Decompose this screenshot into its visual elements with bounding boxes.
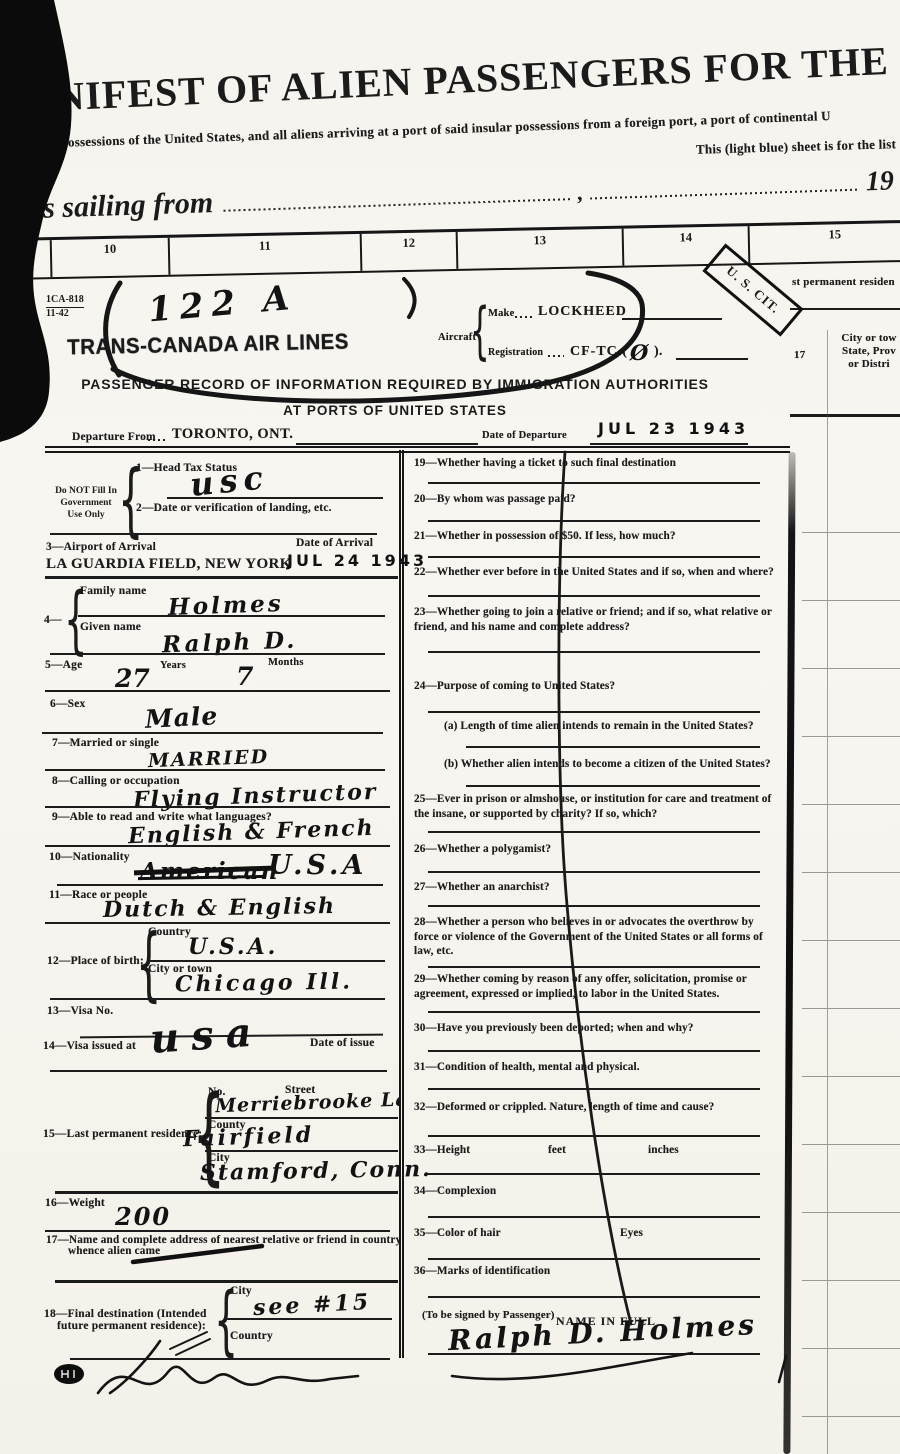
field18-city-label: City — [230, 1285, 252, 1299]
field13-label: 13—Visa No. — [47, 1005, 113, 1019]
column-cell-10: 10 — [50, 238, 169, 277]
answer-line — [45, 845, 390, 847]
bg-city-header: City or tow State, Prov or Distri — [824, 332, 900, 372]
flight-note-handwritten: 122 A — [147, 278, 299, 331]
question-35-text: 35—Color of hair — [414, 1227, 501, 1239]
sailing-from-label: ers sailing from — [18, 186, 214, 226]
field14-label: 14—Visa issued at — [43, 1040, 136, 1054]
answer-line — [167, 497, 383, 499]
bg-heavy-rule — [790, 414, 900, 417]
field5-years-value: 27 — [115, 664, 150, 693]
question-26-text: 26—Whether a polygamist? — [414, 843, 551, 855]
bg-city-header-line: or Distri — [824, 358, 900, 371]
field5-months-label: Months — [268, 657, 304, 670]
question-24a-text: (a) Length of time alien intends to rema… — [444, 720, 754, 732]
government-use-line: Do NOT Fill In — [46, 486, 126, 498]
registration-handwritten: Ø — [630, 340, 648, 365]
form-edition: 11-42 — [46, 308, 84, 321]
answer-line — [50, 533, 377, 535]
form-number-block: 1CA-818 11-42 — [46, 294, 84, 320]
departure-from-label: Departure From — [72, 431, 156, 445]
question-29-text: 29—Whether coming by reason of any offer… — [414, 973, 747, 1000]
question-33-feet-label: feet — [548, 1143, 566, 1158]
field2-label: 2—Date or verification of landing, etc. — [136, 502, 332, 516]
question-36: 36—Marks of identification — [408, 1260, 790, 1298]
passenger-signature-block: (To be signed by Passenger) NAME IN FULL… — [408, 1298, 790, 1355]
question-23-text: 23—Whether going to join a relative or f… — [414, 606, 772, 633]
manifest-column-band: 10 11 12 13 14 15 — [0, 220, 900, 281]
question-27: 27—Whether an anarchist? — [408, 873, 790, 907]
column-cell-13: 13 — [456, 229, 623, 269]
field3-date-stamp: JUL 24 1943 — [287, 551, 427, 570]
question-24a: (a) Length of time alien intends to rema… — [408, 713, 790, 748]
question-26: 26—Whether a polygamist? — [408, 833, 790, 873]
registration-line — [676, 358, 748, 360]
answer-line — [50, 653, 385, 655]
field5-months-value: 7 — [236, 662, 253, 691]
question-33-text: 33—Height — [414, 1144, 470, 1156]
question-34: 34—Complexion — [408, 1175, 790, 1218]
question-29: 29—Whether coming by reason of any offer… — [408, 968, 790, 1013]
question-27-text: 27—Whether an anarchist? — [414, 881, 550, 893]
field6-label: 6—Sex — [50, 698, 86, 712]
question-25: 25—Ever in prison or almshouse, or insti… — [408, 787, 790, 833]
answer-line — [78, 615, 385, 617]
question-28: 28—Whether a person who believes in or a… — [408, 907, 790, 968]
government-use-line: Government — [46, 498, 126, 510]
field5-label: 5—Age — [45, 659, 82, 673]
field3-date-label: Date of Arrival — [296, 537, 373, 551]
question-25-text: 25—Ever in prison or almshouse, or insti… — [414, 793, 771, 820]
field12-label: 12—Place of birth: — [47, 955, 144, 969]
field12-city-value: Chicago Ill. — [175, 968, 353, 997]
departure-date-stamp: JUL 23 1943 — [598, 419, 749, 438]
answer-line — [42, 732, 383, 734]
bg-row-lines — [802, 465, 900, 1450]
question-24b: (b) Whether alien intends to become a ci… — [408, 748, 790, 787]
question-34-text: 34—Complexion — [414, 1185, 496, 1197]
field15-label: 15—Last permanent residence: — [43, 1128, 202, 1142]
column-cell-15: 15 — [748, 223, 900, 263]
question-36-text: 36—Marks of identification — [414, 1265, 550, 1277]
field14-date-label: Date of issue — [310, 1037, 375, 1051]
field18-city-value: see #15 — [252, 1289, 371, 1321]
aircraft-brace: { — [470, 300, 490, 362]
field15-county-value: Fairfield — [183, 1122, 315, 1153]
departure-date-line — [590, 443, 748, 445]
bg-header-rule — [790, 308, 900, 310]
field3-value: LA GUARDIA FIELD, NEW YORK — [46, 555, 292, 573]
question-35: 35—Color of hair Eyes — [408, 1218, 790, 1260]
dotted-leader — [515, 316, 533, 318]
aircraft-registration-close: ). — [654, 344, 663, 361]
answer-line — [45, 690, 390, 692]
field10-value: U.S.A — [268, 850, 367, 881]
question-30: 30—Have you previously been deported; wh… — [408, 1013, 790, 1052]
question-21-text: 21—Whether in possession of $50. If less… — [414, 530, 676, 542]
column-divider — [399, 450, 404, 1358]
departure-date-label: Date of Departure — [482, 430, 567, 443]
answer-line — [50, 998, 385, 1000]
field4-family-label: Family name — [80, 585, 146, 599]
question-30-text: 30—Have you previously been deported; wh… — [414, 1022, 694, 1034]
aircraft-registration-label: Registration — [488, 347, 543, 359]
dotted-leader — [148, 439, 166, 441]
answer-line — [45, 1230, 390, 1232]
question-31: 31—Condition of health, mental and physi… — [408, 1052, 790, 1090]
answer-line — [205, 1150, 398, 1152]
scanned-manifest-page: NIFEST OF ALIEN PASSENGERS FOR THE UNITE… — [0, 0, 900, 1454]
bg-city-header-line: State, Prov — [824, 345, 900, 358]
question-35-eyes-label: Eyes — [620, 1226, 643, 1241]
field18-country-label: Country — [230, 1330, 273, 1344]
question-28-text: 28—Whether a person who believes in or a… — [414, 916, 763, 957]
question-32-text: 32—Deformed or crippled. Nature, length … — [414, 1101, 714, 1113]
card-title-2: AT PORTS OF UNITED STATES — [45, 403, 745, 418]
question-24-text: 24—Purpose of coming to United States? — [414, 680, 615, 692]
question-31-text: 31—Condition of health, mental and physi… — [414, 1061, 640, 1073]
answer-line — [45, 769, 385, 771]
question-20-text: 20—By whom was passage paid? — [414, 493, 576, 505]
field15-city-value: Stamford, Conn. — [200, 1156, 432, 1186]
field4-number: 4— — [44, 614, 62, 628]
field14-value: usa — [148, 1008, 265, 1063]
aircraft-make-label: Make — [488, 308, 514, 321]
aircraft-make-value: LOCKHEED — [538, 304, 627, 321]
bg-column-number: 17 — [794, 349, 805, 362]
question-33-inches-label: inches — [648, 1143, 679, 1158]
field18-label-line2: future permanent residence): — [57, 1320, 206, 1334]
bg-city-header-line: City or tow — [824, 332, 900, 345]
dotted-leader — [591, 189, 859, 200]
section-rule — [45, 576, 398, 579]
column-cell-11: 11 — [168, 234, 361, 275]
field7-label: 7—Married or single — [52, 737, 159, 751]
question-23: 23—Whether going to join a relative or f… — [408, 597, 790, 653]
departure-line — [296, 443, 478, 445]
answer-line — [70, 1358, 390, 1360]
column-cell-blank — [0, 240, 50, 278]
questions-column: 19—Whether having a ticket to such final… — [408, 452, 790, 1355]
question-32: 32—Deformed or crippled. Nature, length … — [408, 1090, 790, 1137]
manifest-title: NIFEST OF ALIEN PASSENGERS FOR THE UNITE — [54, 31, 900, 121]
answer-line — [45, 922, 390, 924]
section-rule — [55, 1191, 398, 1194]
question-20: 20—By whom was passage paid? — [408, 484, 790, 522]
year-label: 19 — [865, 165, 894, 198]
answer-line — [147, 960, 385, 962]
card-title-1: PASSENGER RECORD OF INFORMATION REQUIRED… — [45, 376, 745, 392]
question-19: 19—Whether having a ticket to such final… — [408, 452, 790, 484]
aircraft-registration-value: CF-TC ( — [570, 344, 628, 361]
field16-label: 16—Weight — [45, 1197, 105, 1211]
answer-line — [50, 1070, 387, 1072]
field16-value: 200 — [115, 1202, 171, 1231]
field10-label: 10—Nationality — [49, 851, 130, 865]
question-24: 24—Purpose of coming to United States? — [408, 653, 790, 713]
bg-residence-header: st permanent residen — [792, 276, 895, 289]
field17-label-line2: whence alien came — [68, 1245, 160, 1258]
question-21: 21—Whether in possession of $50. If less… — [408, 522, 790, 558]
field15-street-value: Merriebrooke Lane — [215, 1089, 400, 1117]
question-24b-text: (b) Whether alien intends to become a ci… — [444, 758, 771, 770]
answer-line — [45, 806, 390, 808]
dotted-leader — [548, 355, 564, 357]
question-22: 22—Whether ever before in the United Sta… — [408, 558, 790, 597]
answer-line — [225, 1318, 392, 1320]
question-19-text: 19—Whether having a ticket to such final… — [414, 457, 676, 469]
field12-country-label: Country — [148, 926, 191, 940]
field3-label: 3—Airport of Arrival — [46, 541, 156, 555]
answer-line — [57, 884, 383, 886]
government-use-note: Do NOT Fill In Government Use Only — [46, 486, 126, 522]
field6-value: Male — [144, 701, 219, 734]
departure-from-value: TORONTO, ONT. — [172, 426, 293, 443]
field4-given-label: Given name — [80, 621, 141, 635]
government-use-line: Use Only — [46, 510, 126, 522]
examiner-oval-stamp — [54, 1364, 84, 1384]
dotted-leader — [223, 198, 571, 212]
column-cell-12: 12 — [360, 232, 457, 271]
question-33: 33—Height feet inches — [408, 1137, 790, 1175]
form-number: 1CA-818 — [46, 294, 84, 308]
field12-country-value: U.S.A. — [188, 934, 278, 960]
comma-separator: , — [576, 180, 582, 206]
field18-arrow-flourish — [170, 1332, 210, 1355]
manifest-subtitle-2: This (light blue) sheet is for the list — [696, 136, 896, 157]
field5-years-label: Years — [160, 660, 186, 673]
question-22-text: 22—Whether ever before in the United Sta… — [414, 566, 774, 578]
sailing-from-row: ers sailing from , 19 — [18, 163, 895, 226]
make-line — [622, 318, 722, 320]
airline-stamp: TRANS-CANADA AIR LINES — [67, 330, 349, 361]
